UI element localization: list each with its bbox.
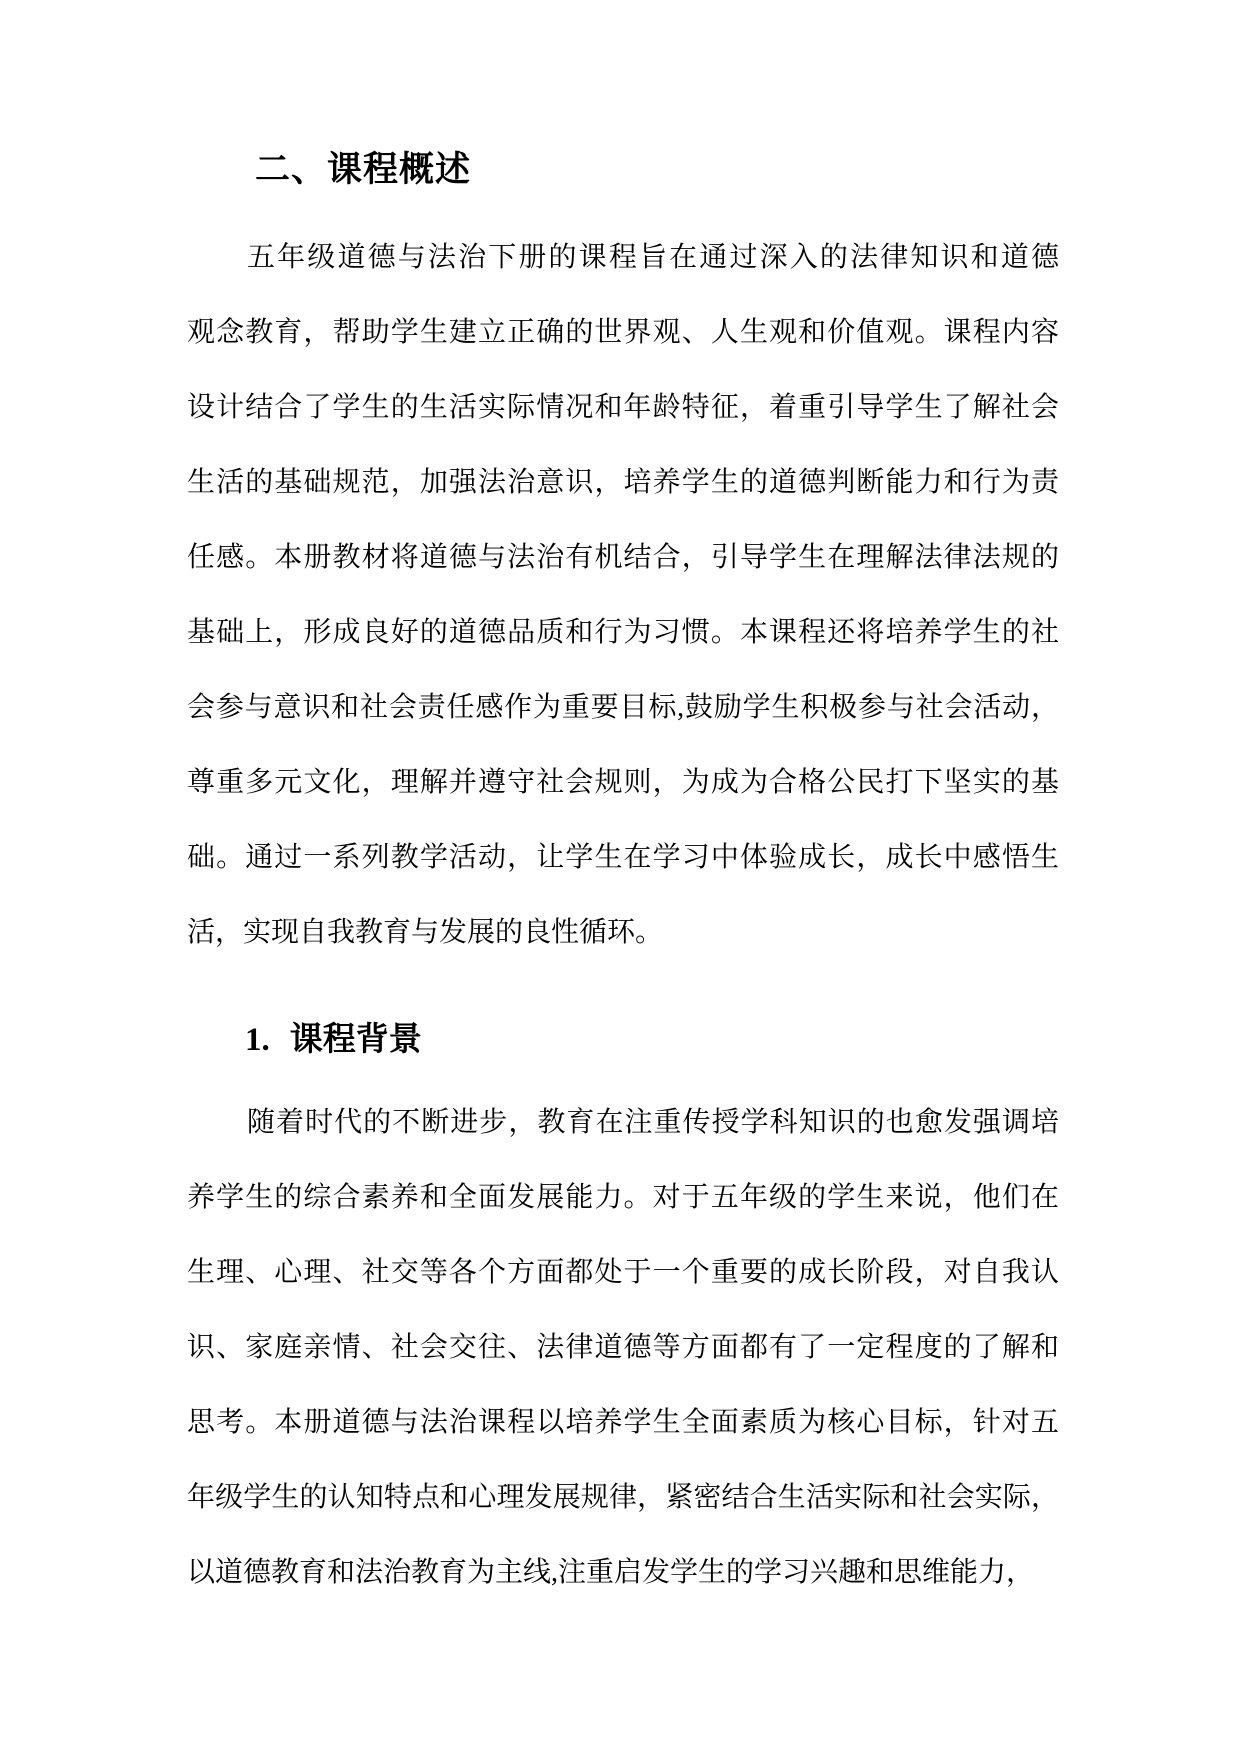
text-line: 随着时代的不断进步，教育在注重传授学科知识的也愈发强调培 bbox=[187, 1085, 1059, 1160]
text-line: 识、家庭亲情、社会交往、法律道德等方面都有了一定程度的了解和 bbox=[187, 1310, 1059, 1385]
text-line: 生理、心理、社交等各个方面都处于一个重要的成长阶段，对自我认 bbox=[187, 1235, 1059, 1310]
section-heading: 二、课程概述 bbox=[187, 145, 1059, 195]
text-line: 会参与意识和社会责任感作为重要目标,鼓励学生积极参与社会活动， bbox=[187, 670, 1059, 745]
subsection-heading: 1.课程背景 bbox=[187, 1017, 1059, 1063]
text-line: 思考。本册道德与法治课程以培养学生全面素质为核心目标，针对五 bbox=[187, 1385, 1059, 1460]
text-line: 以道德教育和法治教育为主线,注重启发学生的学习兴趣和思维能力， bbox=[187, 1535, 1059, 1610]
subsection-number: 1. bbox=[245, 1017, 270, 1063]
text-line: 活，实现自我教育与发展的良性循环。 bbox=[187, 895, 1059, 970]
subsection-title: 课程背景 bbox=[290, 1022, 422, 1058]
paragraph-course-background: 随着时代的不断进步，教育在注重传授学科知识的也愈发强调培 养学生的综合素养和全面… bbox=[187, 1085, 1059, 1610]
text-line: 五年级道德与法治下册的课程旨在通过深入的法律知识和道德 bbox=[187, 220, 1059, 295]
text-line: 任感。本册教材将道德与法治有机结合，引导学生在理解法律法规的 bbox=[187, 520, 1059, 595]
text-line: 础。通过一系列教学活动，让学生在学习中体验成长，成长中感悟生 bbox=[187, 820, 1059, 895]
paragraph-course-overview: 五年级道德与法治下册的课程旨在通过深入的法律知识和道德 观念教育，帮助学生建立正… bbox=[187, 220, 1059, 970]
document-page: 二、课程概述 五年级道德与法治下册的课程旨在通过深入的法律知识和道德 观念教育，… bbox=[0, 0, 1241, 1754]
text-line: 观念教育，帮助学生建立正确的世界观、人生观和价值观。课程内容 bbox=[187, 295, 1059, 370]
text-line: 养学生的综合素养和全面发展能力。对于五年级的学生来说，他们在 bbox=[187, 1160, 1059, 1235]
text-line: 设计结合了学生的生活实际情况和年龄特征，着重引导学生了解社会 bbox=[187, 370, 1059, 445]
text-line: 尊重多元文化，理解并遵守社会规则，为成为合格公民打下坚实的基 bbox=[187, 745, 1059, 820]
text-line: 年级学生的认知特点和心理发展规律，紧密结合生活实际和社会实际， bbox=[187, 1460, 1059, 1535]
text-line: 生活的基础规范，加强法治意识，培养学生的道德判断能力和行为责 bbox=[187, 445, 1059, 520]
text-line: 基础上，形成良好的道德品质和行为习惯。本课程还将培养学生的社 bbox=[187, 595, 1059, 670]
